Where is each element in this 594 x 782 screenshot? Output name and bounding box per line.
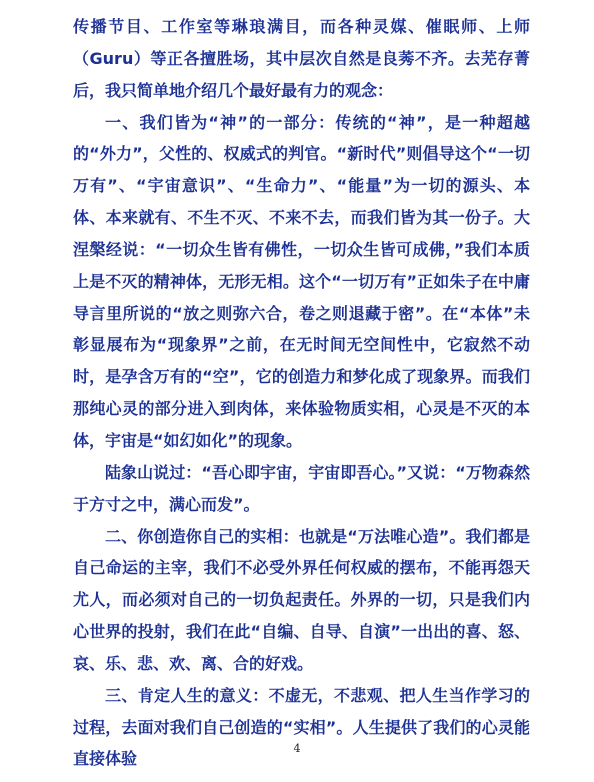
document-page: 传播节目、工作室等琳琅满目，而各种灵媒、催眠师、上师（Guru）等正各擅胜场，其… [0, 0, 594, 782]
page-number: 4 [0, 742, 594, 756]
paragraph: 传播节目、工作室等琳琅满目，而各种灵媒、催眠师、上师（Guru）等正各擅胜场，其… [73, 11, 530, 107]
paragraph: 一、我们皆为“神”的一部分：传统的“神”，是一种超越的“外力”，父性的、权威式的… [73, 107, 530, 457]
paragraph: 二、你创造你自己的实相：也就是“万法唯心造”。我们都是自己命运的主宰，我们不必受… [73, 521, 530, 680]
paragraph: 三、肯定人生的意义：不虚无，不悲观、把人生当作学习的过程，去面对我们自己创造的“… [73, 680, 530, 776]
paragraph: 陆象山说过：“吾心即宇宙，宇宙即吾心。”又说：“万物森然于方寸之中，满心而发”。 [73, 457, 530, 521]
document-body-text: 传播节目、工作室等琳琅满目，而各种灵媒、催眠师、上师（Guru）等正各擅胜场，其… [73, 11, 530, 775]
